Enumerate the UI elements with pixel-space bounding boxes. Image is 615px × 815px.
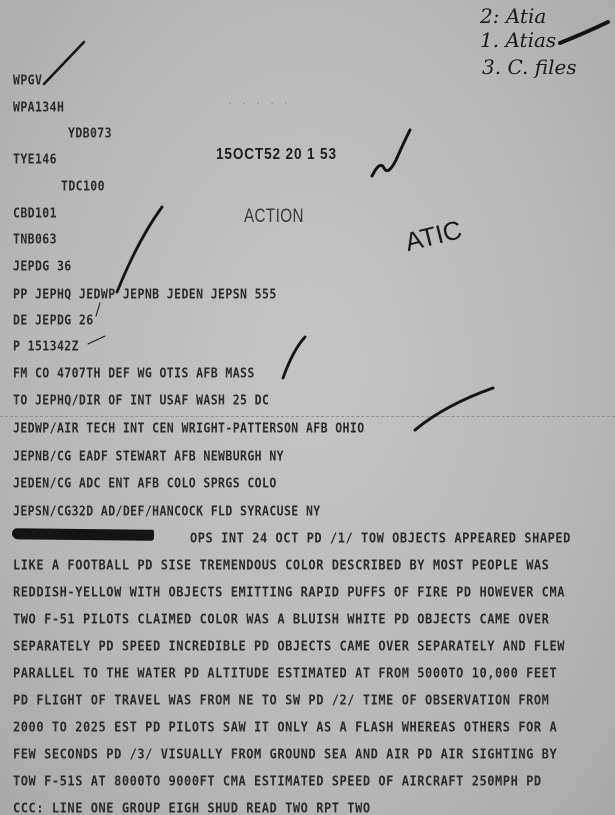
station-line: DE JEPDG 26 (13, 312, 94, 328)
body-line: PD FLIGHT OF TRAVEL WAS FROM NE TO SW PD… (13, 692, 549, 708)
check-stroke-icon (283, 337, 305, 378)
info-addressee-line: JEPNB/CG EADF STEWART AFB NEWBURGH NY (13, 448, 284, 464)
handwritten-routing-note: 3. C. files (482, 55, 577, 79)
header-line: WPA134H (13, 99, 64, 115)
body-line: TWO F-51 PILOTS CLAIMED COLOR WAS A BLUI… (13, 611, 549, 627)
dtg-line: P 151342Z (13, 338, 79, 354)
tick-mark (96, 303, 100, 316)
to-line: TO JEPHQ/DIR OF INT USAF WASH 25 DC (13, 392, 269, 408)
body-line: REDDISH-YELLOW WITH OBJECTS EMITTING RAP… (13, 584, 565, 600)
checkmark-icon (560, 22, 608, 43)
header-line: WPGV (13, 72, 42, 88)
check-stroke-icon (415, 388, 493, 430)
info-addressee-line: JEDWP/AIR TECH INT CEN WRIGHT-PATTERSON … (13, 420, 365, 436)
action-stamp: ACTION (244, 206, 304, 228)
from-line: FM CO 4707TH DEF WG OTIS AFB MASS (13, 365, 255, 381)
header-line: CBD101 (13, 205, 57, 221)
check-stroke-icon (117, 207, 162, 292)
body-line: SEPARATELY PD SPEED INCREDIBLE PD OBJECT… (13, 638, 565, 654)
faint-stamp: · · · · · (228, 95, 291, 110)
tick-mark (88, 336, 105, 344)
received-date-stamp: 15OCT52 20 1 53 (216, 146, 337, 164)
body-line: LIKE A FOOTBALL PD SISE TREMENDOUS COLOR… (13, 557, 549, 573)
body-line: 2000 TO 2025 EST PD PILOTS SAW IT ONLY A… (13, 719, 557, 735)
body-line: FEW SECONDS PD /3/ VISUALLY FROM GROUND … (13, 746, 557, 762)
header-line: JEPDG 36 (13, 258, 72, 274)
body-line: OPS INT 24 OCT PD /1/ TOW OBJECTS APPEAR… (190, 530, 571, 546)
header-line: TYE146 (13, 151, 57, 167)
header-line: YDB073 (68, 125, 112, 141)
header-line: TDC100 (61, 178, 105, 194)
info-addressee-line: JEPSN/CG32D AD/DEF/HANCOCK FLD SYRACUSE … (13, 503, 321, 519)
redaction-bar (12, 528, 154, 540)
body-line: TOW F-51S AT 8000TO 9000FT CMA ESTIMATED… (13, 773, 542, 789)
handwritten-atic-note: ATIC (402, 214, 465, 258)
initials-mark (372, 130, 410, 176)
body-line: PARALLEL TO THE WATER PD ALTITUDE ESTIMA… (13, 665, 557, 681)
perforation-rule (0, 416, 615, 417)
correction-line: CCC: LINE ONE GROUP EIGH SHUD READ TWO R… (13, 800, 371, 815)
document-page: WPGV WPA134H YDB073 TYE146 TDC100 CBD101… (0, 0, 615, 815)
checkmark-icon (44, 42, 84, 84)
handwritten-routing-note: 2: Atia (480, 4, 546, 28)
header-line: TNB063 (13, 231, 57, 247)
info-addressee-line: JEDEN/CG ADC ENT AFB COLO SPRGS COLO (13, 475, 277, 491)
precedence-line: PP JEPHQ JEDWP JEPNB JEDEN JEPSN 555 (13, 286, 277, 302)
handwritten-routing-note: 1. Atias (480, 28, 556, 52)
